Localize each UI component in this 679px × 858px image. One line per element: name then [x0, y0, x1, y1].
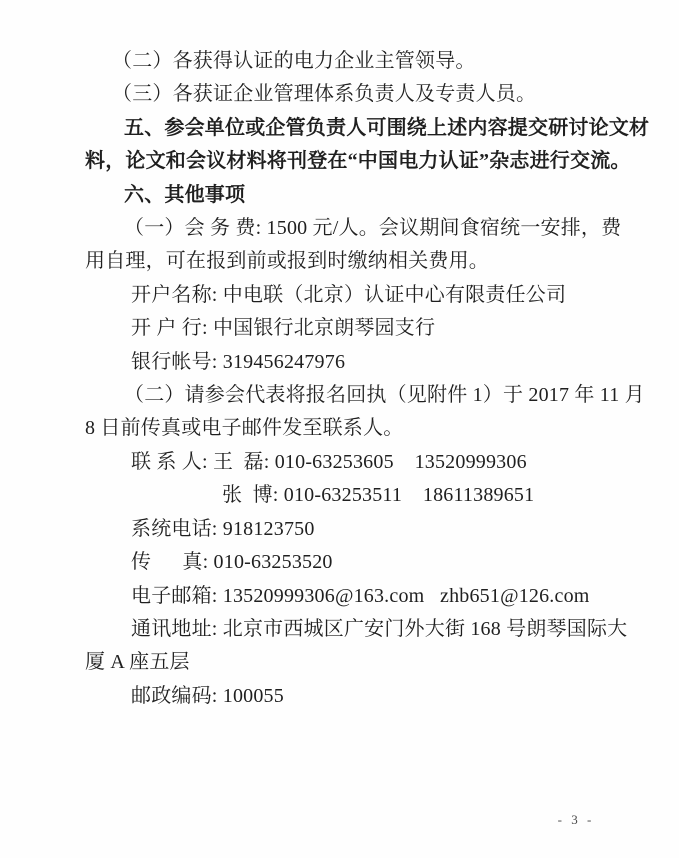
contact-person-line-2: 张 博: 010-63253511 18611389651 [85, 479, 640, 512]
section-five-cont: 料，论文和会议材料将刊登在“中国电力认证”杂志进行交流。 [85, 145, 640, 178]
email-line: 电子邮箱: 13520999306@163.com zhb651@126.com [85, 580, 640, 613]
account-name-line: 开户名称: 中电联（北京）认证中心有限责任公司 [85, 279, 640, 312]
bank-name-line: 开 户 行: 中国银行北京朗琴园支行 [85, 312, 640, 345]
section-heading-six: 六、其他事项 [85, 179, 640, 212]
mail-address-line: 通讯地址: 北京市西城区广安门外大街 168 号朗琴国际大 [85, 613, 640, 646]
list-item-attendee-2: （二）各获得认证的电力企业主管领导。 [85, 45, 640, 78]
document-page: （二）各获得认证的电力企业主管领导。 （三）各获证企业管理体系负责人及专责人员。… [0, 0, 679, 858]
list-item-attendee-3: （三）各获证企业管理体系负责人及专责人员。 [85, 78, 640, 111]
postal-code-line: 邮政编码: 100055 [85, 680, 640, 713]
bank-account-line: 银行帐号: 319456247976 [85, 346, 640, 379]
document-body: （二）各获得认证的电力企业主管领导。 （三）各获证企业管理体系负责人及专责人员。… [85, 45, 640, 713]
page-number: - 3 - [540, 812, 612, 828]
section-heading-five: 五、参会单位或企管负责人可围绕上述内容提交研讨论文材 [85, 112, 640, 145]
fee-paragraph-cont: 用自理，可在报到前或报到时缴纳相关费用。 [85, 245, 640, 278]
fax-line: 传 真: 010-63253520 [85, 546, 640, 579]
fee-paragraph: （一）会 务 费: 1500 元/人。会议期间食宿统一安排，费 [85, 212, 640, 245]
system-phone-line: 系统电话: 918123750 [85, 513, 640, 546]
contact-person-line-1: 联 系 人: 王 磊: 010-63253605 13520999306 [85, 446, 640, 479]
registration-paragraph: （二）请参会代表将报名回执（见附件 1）于 2017 年 11 月 [85, 379, 640, 412]
mail-address-cont: 厦 A 座五层 [85, 646, 640, 679]
registration-cont: 8 日前传真或电子邮件发至联系人。 [85, 412, 640, 445]
